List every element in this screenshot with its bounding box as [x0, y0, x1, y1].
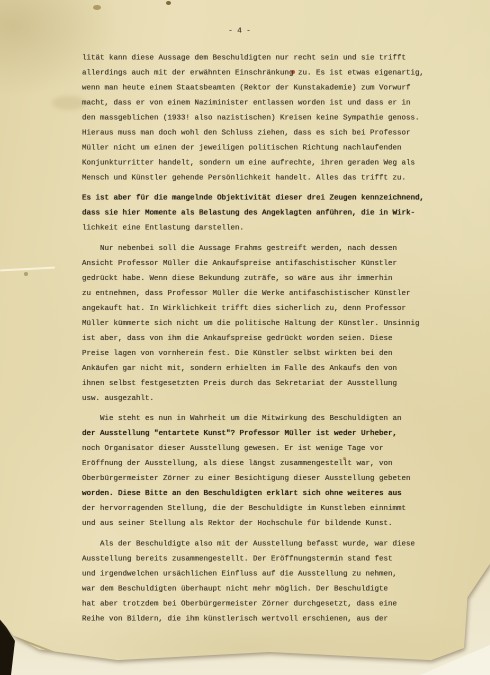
paper-scratch [0, 267, 55, 272]
text-line: Mensch und Künstler gehende Persönlichke… [82, 171, 429, 186]
text-line: dass sie hier Momente als Belastung des … [82, 206, 429, 221]
text-line: macht, dass er von einem Naziminister en… [82, 96, 429, 111]
text-line: Ausstellung bereits zusammengestellt. De… [82, 552, 429, 567]
text-line: angekauft hat. In Wirklichkeit trifft di… [82, 302, 429, 317]
text-line: lichkeit eine Entlastung darstellen. [82, 221, 429, 236]
paper-stain [166, 1, 171, 5]
text-line: Oberbürgermeister Zörner zu einer Besich… [82, 472, 429, 487]
text-line: Wie steht es nun in Wahrheit um die Mitw… [82, 412, 429, 427]
text-line: gedrückt habe. Wenn diese Bekundung zutr… [82, 272, 429, 287]
document-page-wrap: - 4 - lität kann diese Aussage dem Besch… [0, 0, 490, 675]
text-line: Nur nebenbei soll die Aussage Frahms ges… [82, 242, 429, 257]
text-line: allerdings auch mit der erwähnten Einsch… [82, 66, 429, 81]
text-line: Ansicht Professor Müller die Ankaufsprei… [82, 257, 429, 272]
scanned-document: - 4 - lität kann diese Aussage dem Besch… [0, 0, 490, 675]
fold-crease [0, 629, 119, 675]
text-line: den massgeblichen (1933! also nazistisch… [82, 111, 429, 126]
text-line: zu entnehmen, dass Professor Müller die … [82, 287, 429, 302]
text-line: Es ist aber für die mangelnde Objektivit… [82, 191, 429, 206]
text-line: Konjunkturritter handelt, sondern um ein… [82, 156, 429, 171]
paper-stain [93, 5, 101, 10]
text-line: Müller nicht um einen der jeweiligen pol… [82, 141, 429, 156]
paragraph: Wie steht es nun in Wahrheit um die Mitw… [82, 412, 429, 532]
text-line: Ankäufen gar nicht mit, sondern erhielte… [82, 362, 429, 377]
text-line: ist aber, dass von ihm die Ankaufspreise… [82, 332, 429, 347]
text-line: Reihe von Bildern, die ihm künstlerisch … [82, 612, 429, 627]
text-line: und irgendwelchen ursächlichen Einfluss … [82, 567, 429, 582]
text-line: Als der Beschuldigte also mit der Ausste… [82, 537, 429, 552]
text-line: der Ausstellung "entartete Kunst"? Profe… [82, 427, 429, 442]
text-line: worden. Diese Bitte an den Beschuldigten… [82, 487, 429, 502]
text-line: wenn man heute einem Staatsbeamten (Rekt… [82, 81, 429, 96]
paragraph: Als der Beschuldigte also mit der Ausste… [82, 537, 429, 627]
text-line: Hieraus muss man doch wohl den Schluss z… [82, 126, 429, 141]
paragraphs: lität kann diese Aussage dem Beschuldigt… [82, 51, 429, 627]
paper-stain [24, 272, 28, 276]
text-line: hat aber trotzdem bei Oberbürgermeister … [82, 597, 429, 612]
text-line: Müller kümmerte sich nicht um die politi… [82, 317, 429, 332]
paragraph: lität kann diese Aussage dem Beschuldigt… [82, 51, 429, 186]
text-line: Preise lagen von vornherein fest. Die Kü… [82, 347, 429, 362]
page-number: - 4 - [82, 24, 397, 39]
text-line: und aus seiner Stellung als Rektor der H… [82, 517, 429, 532]
text-line: war dem Beschuldigten überhaupt nicht me… [82, 582, 429, 597]
text-line: noch Organisator dieser Ausstellung gewe… [82, 442, 429, 457]
text-line: usw. ausgezahlt. [82, 392, 429, 407]
text-line: der hervorragenden Stellung, die der Bes… [82, 502, 429, 517]
document-page: - 4 - lität kann diese Aussage dem Besch… [0, 0, 490, 675]
text-block: - 4 - lität kann diese Aussage dem Besch… [82, 24, 429, 632]
text-line: lität kann diese Aussage dem Beschuldigt… [82, 51, 429, 66]
paragraph: Nur nebenbei soll die Aussage Frahms ges… [82, 242, 429, 407]
text-line: Eröffnung der Ausstellung, als diese län… [82, 457, 429, 472]
paragraph: Es ist aber für die mangelnde Objektivit… [82, 191, 429, 236]
paper-smudge [52, 96, 86, 110]
text-line: ihnen selbst festgesetzten Preis durch d… [82, 377, 429, 392]
